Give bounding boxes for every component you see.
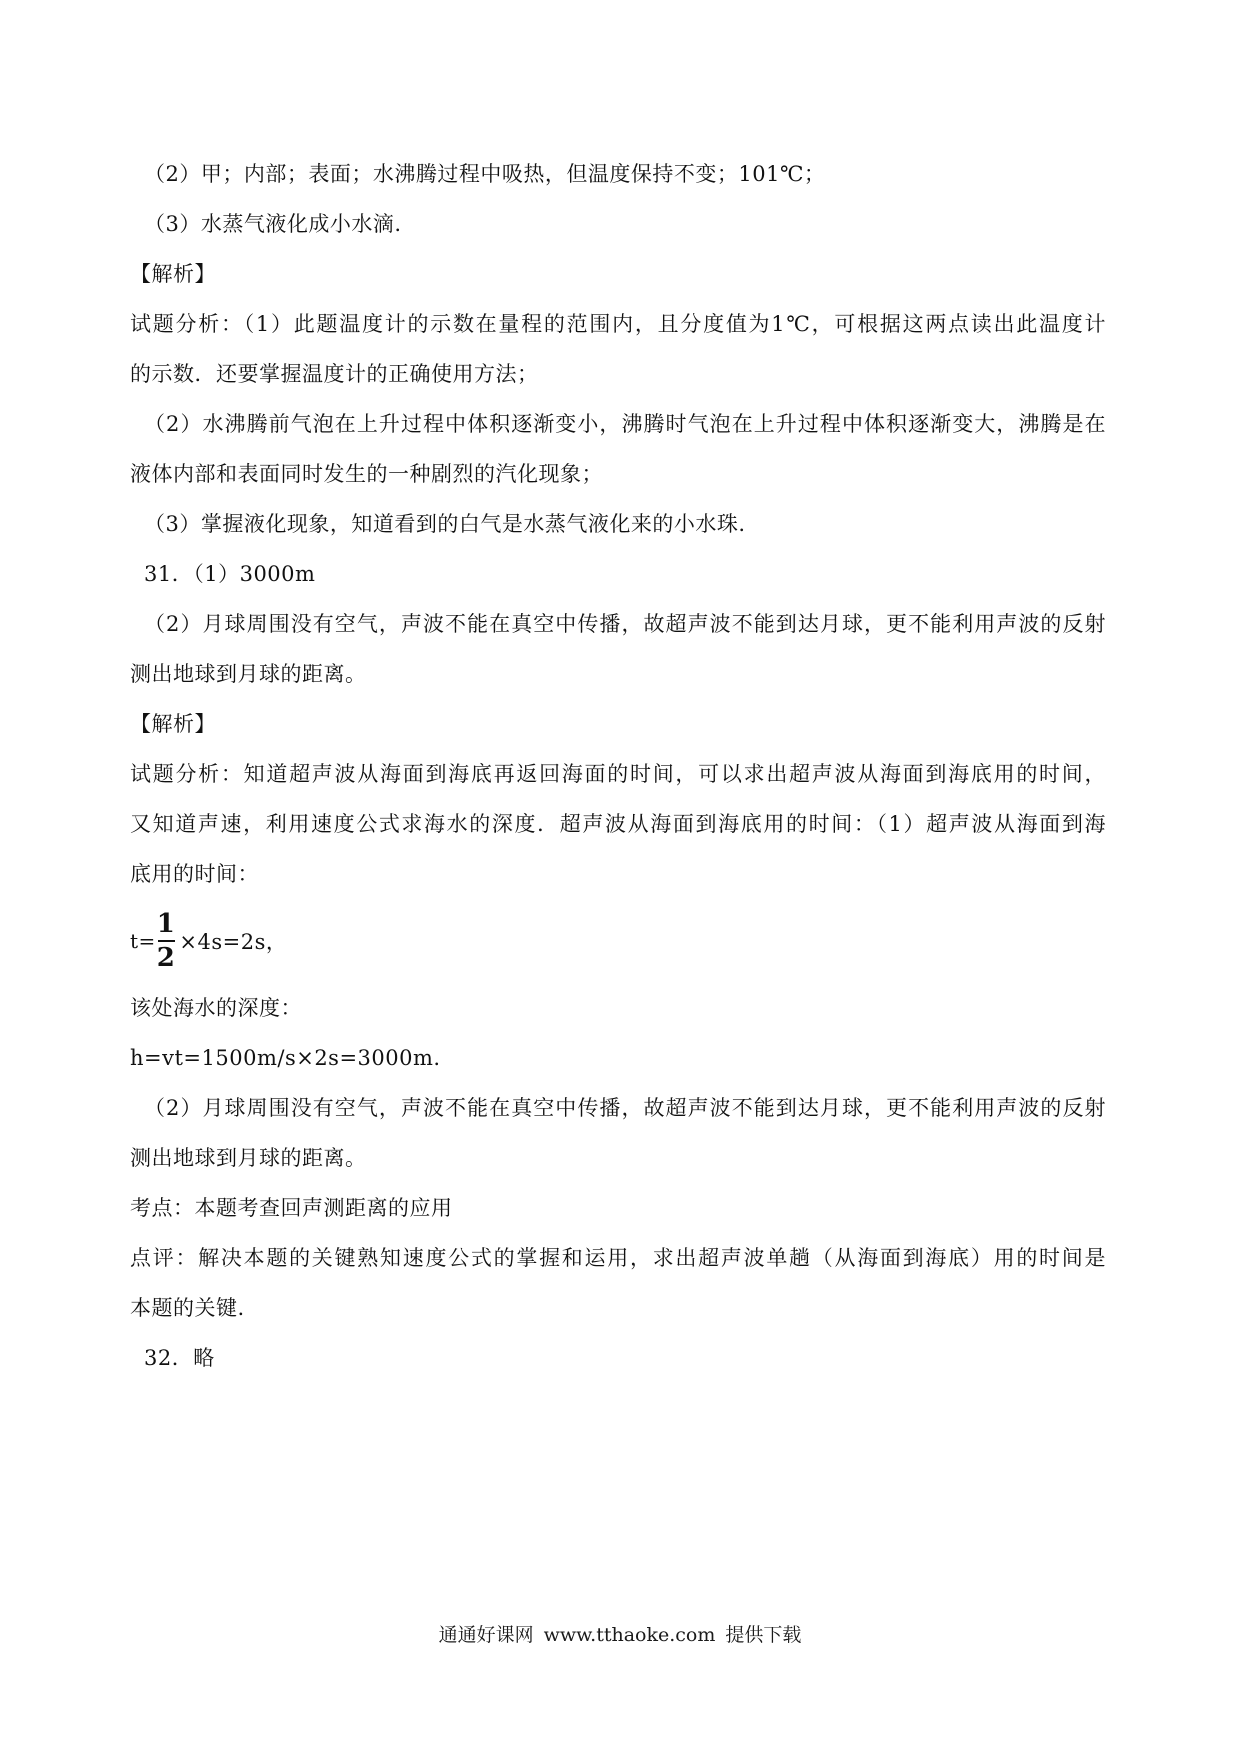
text-line: 又知道声速，利用速度公式求海水的深度．超声波从海面到海底用的时间：（1）超声波从… [130, 799, 1106, 849]
text-line: （2）水沸腾前气泡在上升过程中体积逐渐变小，沸腾时气泡在上升过程中体积逐渐变大，… [130, 399, 1106, 449]
text-line: 的示数．还要掌握温度计的正确使用方法； [130, 349, 1106, 399]
text-line: 【解析】 [130, 699, 1106, 749]
fraction-numerator: 1 [157, 911, 176, 937]
fraction: 1 2 [157, 911, 176, 971]
text-line: 考点：本题考查回声测距离的应用 [130, 1183, 1106, 1233]
answer-content: （2）甲；内部；表面；水沸腾过程中吸热，但温度保持不变；101℃；（3）水蒸气液… [130, 149, 1106, 1383]
text-line: 该处海水的深度： [130, 983, 1106, 1033]
text-line: 试题分析：（1）此题温度计的示数在量程的范围内，且分度值为1℃，可根据这两点读出… [130, 299, 1106, 349]
page-footer: 通通好课网www.tthaoke.com提供下载 [0, 1622, 1240, 1648]
document-page: （2）甲；内部；表面；水沸腾过程中吸热，但温度保持不变；101℃；（3）水蒸气液… [0, 0, 1240, 1754]
text-line: 测出地球到月球的距离。 [130, 649, 1106, 699]
text-line: 31．（1）3000m [130, 549, 1106, 599]
formula-suffix: ×4s=2s， [179, 926, 287, 956]
text-line: h=vt=1500m/s×2s=3000m. [130, 1033, 1106, 1083]
text-line: （2）月球周围没有空气，声波不能在真空中传播，故超声波不能到达月球，更不能利用声… [130, 599, 1106, 649]
text-line: 【解析】 [130, 249, 1106, 299]
text-line: 底用的时间： [130, 849, 1106, 899]
footer-url: www.tthaoke.com [544, 1624, 716, 1646]
text-line: （2）月球周围没有空气，声波不能在真空中传播，故超声波不能到达月球，更不能利用声… [130, 1083, 1106, 1133]
formula-line: t= 1 2 ×4s=2s， [130, 899, 1106, 983]
footer-site-name: 通通好课网 [439, 1624, 534, 1646]
text-line: 32．略 [130, 1333, 1106, 1383]
fraction-bar [158, 940, 175, 942]
text-line: 试题分析：知道超声波从海面到海底再返回海面的时间，可以求出超声波从海面到海底用的… [130, 749, 1106, 799]
text-line: 本题的关键. [130, 1283, 1106, 1333]
formula-prefix: t= [130, 929, 156, 953]
footer-download-label: 提供下载 [725, 1624, 801, 1646]
text-line: 测出地球到月球的距离。 [130, 1133, 1106, 1183]
text-line: 点评：解决本题的关键熟知速度公式的掌握和运用，求出超声波单趟（从海面到海底）用的… [130, 1233, 1106, 1283]
fraction-denominator: 2 [157, 945, 176, 971]
text-line: （3）掌握液化现象，知道看到的白气是水蒸气液化来的小水珠. [130, 499, 1106, 549]
text-line: 液体内部和表面同时发生的一种剧烈的汽化现象； [130, 449, 1106, 499]
text-line: （2）甲；内部；表面；水沸腾过程中吸热，但温度保持不变；101℃； [130, 149, 1106, 199]
text-line: （3）水蒸气液化成小水滴. [130, 199, 1106, 249]
